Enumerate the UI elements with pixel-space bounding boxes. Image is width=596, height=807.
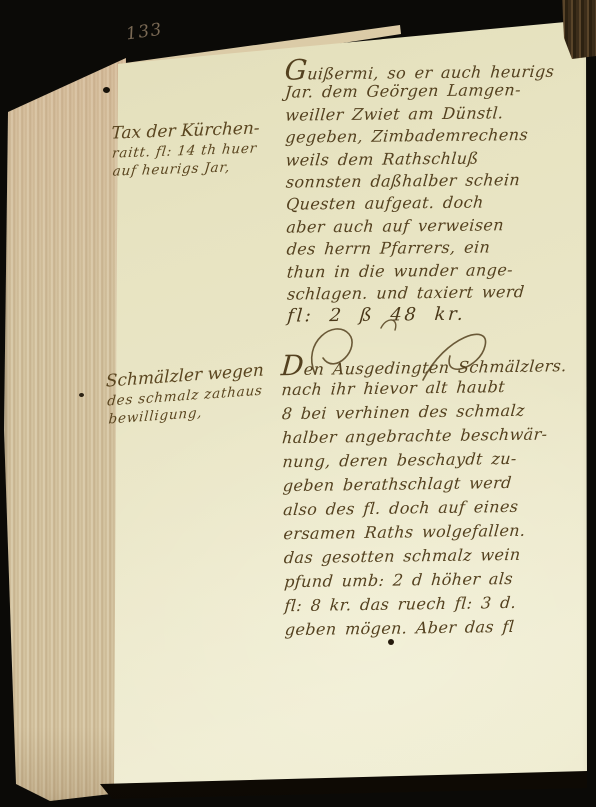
manuscript-sum-line: fl: 2 ß 48 kr. xyxy=(286,303,594,329)
manuscript-entry-1: Guißermi, so er auch heurigs Jar. dem Ge… xyxy=(285,56,594,328)
manuscript-line: Questen aufgeat. doch xyxy=(285,191,593,217)
manuscript-line: des herrn Pfarrers, ein xyxy=(286,236,594,262)
manuscript-entry-2: Den Ausgedingten Schmälzlers. nach ihr h… xyxy=(281,350,596,642)
manuscript-line: weils dem Rathschluß xyxy=(285,146,593,172)
page-number: 133 xyxy=(125,20,164,45)
margin-note-schmaelzler: Schmälzler wegen des schmalz zathaus bew… xyxy=(105,361,267,429)
ink-blot xyxy=(103,87,110,93)
ink-blot xyxy=(79,393,84,397)
margin-note-tax-kirchenraitung: Tax der Kürchen- raitt. fl: 14 th huer a… xyxy=(111,118,261,180)
manuscript-line: gegeben, Zimbademrechens xyxy=(285,124,593,150)
manuscript-photo: 133 Tax der Kürchen- raitt. fl: 14 th hu… xyxy=(0,0,596,807)
ink-blot xyxy=(388,639,394,645)
manuscript-line: geben mögen. Aber das fl xyxy=(284,614,596,642)
manuscript-line: thun in die wunder ange- xyxy=(286,258,594,284)
manuscript-line: Jar. dem Geörgen Lamgen- xyxy=(284,79,592,105)
